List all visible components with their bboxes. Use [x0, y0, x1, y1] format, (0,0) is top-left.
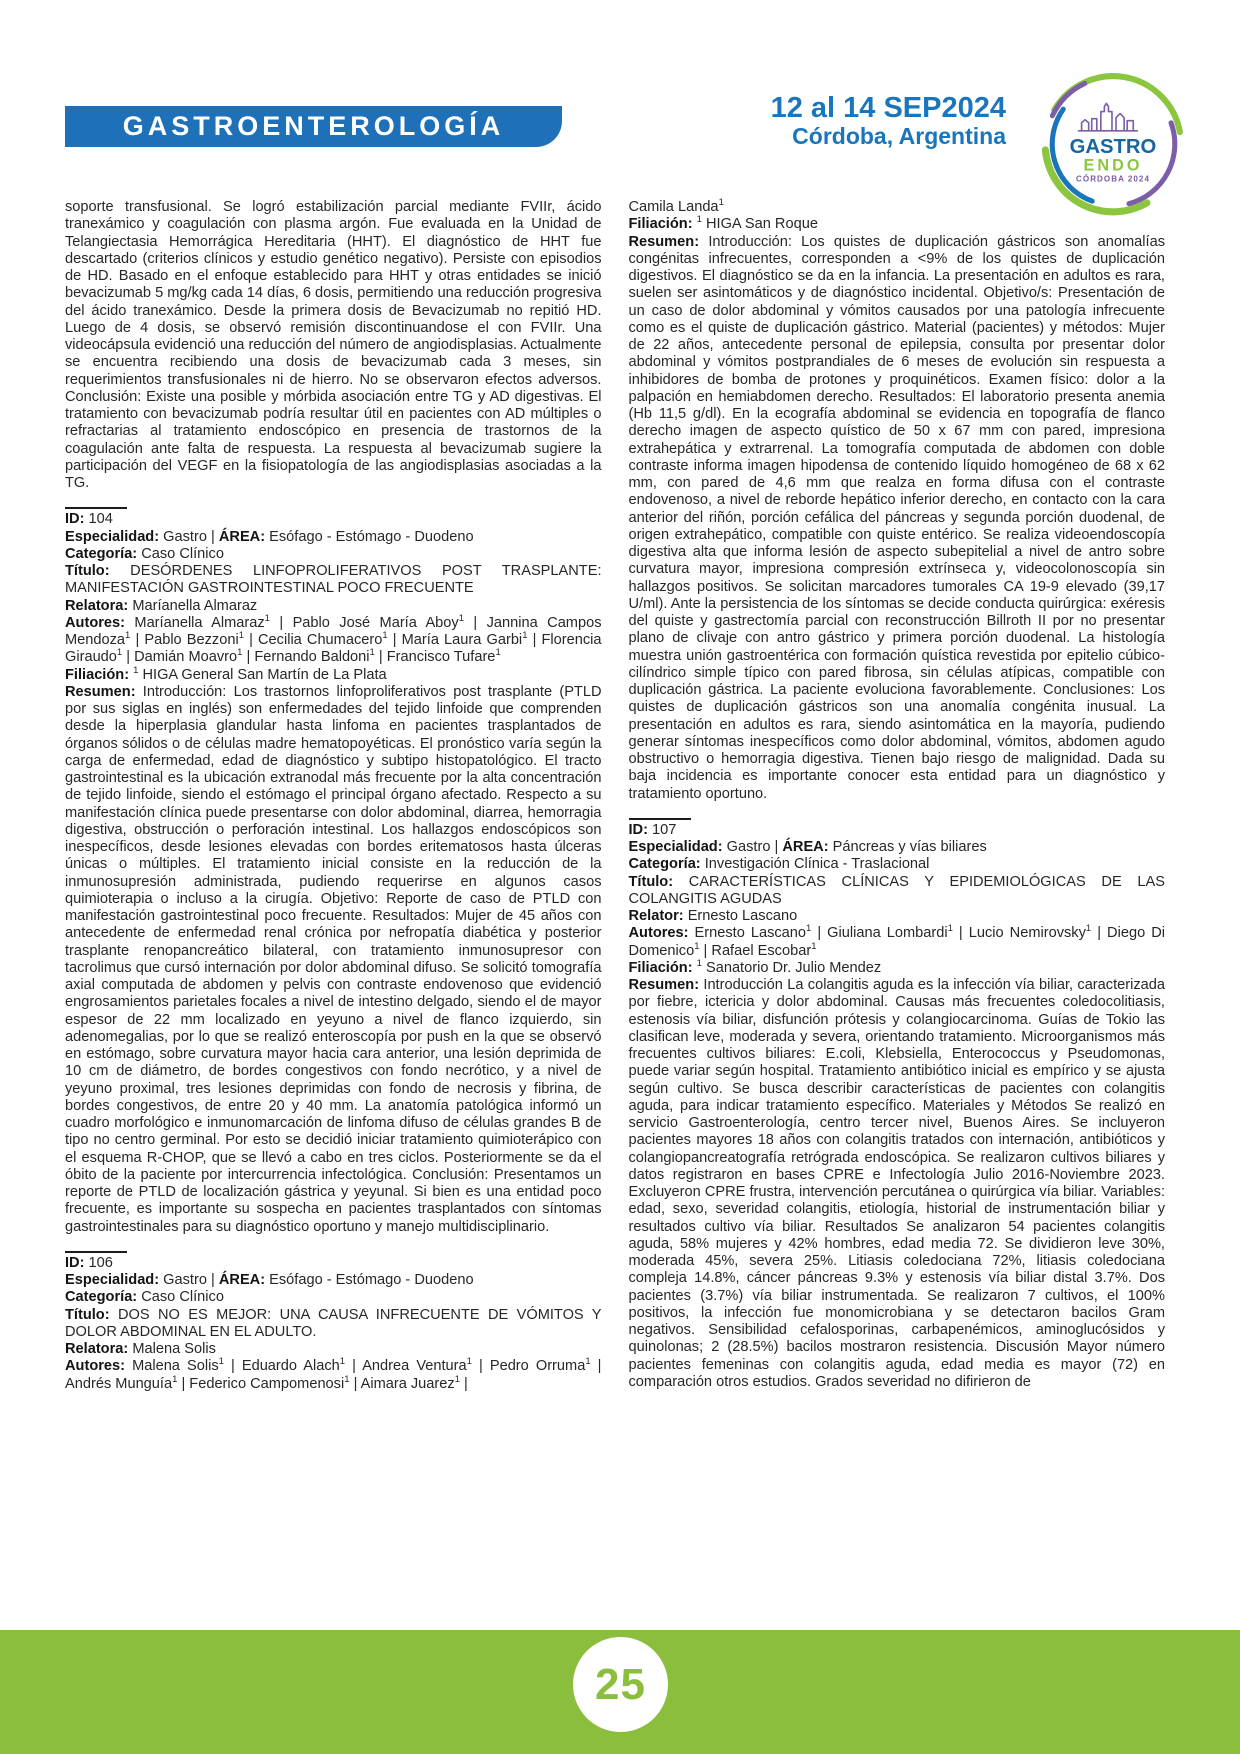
abstract-affiliation: Filiación: 1 HIGA San Roque — [629, 216, 1166, 233]
abstract-specialty-area: Especialidad: Gastro | ÁREA: Páncreas y … — [629, 839, 1166, 856]
event-location: Córdoba, Argentina — [771, 124, 1006, 150]
abstract-affiliation: Filiación: 1 HIGA General San Martín de … — [65, 667, 602, 684]
abstract-presenter: Relatora: Malena Solis — [65, 1341, 602, 1358]
abstract-category: Categoría: Investigación Clínica - Trasl… — [629, 856, 1166, 873]
abstracts-body: soporte transfusional. Se logró estabili… — [65, 199, 1165, 1393]
authors-continued: Camila Landa1 — [629, 199, 1166, 216]
abstract-divider — [65, 507, 127, 509]
abstract-authors: Autores: Malena Solis1 | Eduardo Alach1 … — [65, 1358, 602, 1393]
continued-paragraph: soporte transfusional. Se logró estabili… — [65, 199, 602, 492]
logo-wordmark-gastro: GASTRO — [1070, 136, 1157, 158]
abstract-specialty-area: Especialidad: Gastro | ÁREA: Esófago - E… — [65, 1272, 602, 1289]
abstract-summary: Resumen: Introducción La colangitis agud… — [629, 977, 1166, 1391]
abstract-id: ID: 106 — [65, 1255, 602, 1272]
abstract-category: Categoría: Caso Clínico — [65, 546, 602, 563]
section-banner-label: GASTROENTEROLOGÍA — [123, 111, 505, 142]
abstract-id: ID: 107 — [629, 822, 1166, 839]
abstract-divider — [65, 1251, 127, 1253]
abstract-specialty-area: Especialidad: Gastro | ÁREA: Esófago - E… — [65, 529, 602, 546]
abstract-104: ID: 104Especialidad: Gastro | ÁREA: Esóf… — [65, 507, 602, 1236]
abstract-category: Categoría: Caso Clínico — [65, 1289, 602, 1306]
abstract-divider — [629, 818, 691, 820]
logo-ring-green-top — [1054, 76, 1180, 132]
abstract-authors: Autores: Ernesto Lascano1 | Giuliana Lom… — [629, 925, 1166, 960]
left-column: soporte transfusional. Se logró estabili… — [65, 199, 602, 1393]
abstract-title: Título: CARACTERÍSTICAS CLÍNICAS Y EPIDE… — [629, 874, 1166, 909]
abstract-authors: Autores: Maríanella Almaraz1 | Pablo Jos… — [65, 615, 602, 667]
logo-wordmark-endo: ENDO — [1084, 156, 1143, 174]
page-number: 25 — [595, 1660, 646, 1710]
abstract-presenter: Relator: Ernesto Lascano — [629, 908, 1166, 925]
event-info: 12 al 14 SEP2024 Córdoba, Argentina — [771, 92, 1006, 150]
city-skyline-icon — [1079, 103, 1138, 130]
logo-ring-purple-upperleft — [1052, 83, 1084, 115]
abstract-summary: Resumen: Introducción: Los quistes de du… — [629, 234, 1166, 803]
congress-logo: GASTRO ENDO CÓRDOBA 2024 — [1037, 68, 1189, 220]
abstract-id: ID: 104 — [65, 511, 602, 528]
page-number-circle: 25 — [573, 1637, 668, 1732]
abstract-title: Título: DESÓRDENES LINFOPROLIFERATIVOS P… — [65, 563, 602, 598]
abstract-106: ID: 106Especialidad: Gastro | ÁREA: Esóf… — [65, 1251, 602, 1393]
abstract-affiliation: Filiación: 1 Sanatorio Dr. Julio Mendez — [629, 960, 1166, 977]
abstract-107: ID: 107Especialidad: Gastro | ÁREA: Pánc… — [629, 818, 1166, 1391]
right-column: Camila Landa1Filiación: 1 HIGA San Roque… — [629, 199, 1166, 1393]
section-banner: GASTROENTEROLOGÍA — [65, 106, 562, 147]
abstract-book-page: GASTROENTEROLOGÍA 12 al 14 SEP2024 Córdo… — [0, 0, 1240, 1754]
abstract-presenter: Relatora: Maríanella Almaraz — [65, 598, 602, 615]
abstract-title: Título: DOS NO ES MEJOR: UNA CAUSA INFRE… — [65, 1307, 602, 1342]
event-dates: 12 al 14 SEP2024 — [771, 92, 1006, 124]
abstract-summary: Resumen: Introducción: Los trastornos li… — [65, 684, 602, 1236]
logo-wordmark-cordoba: CÓRDOBA 2024 — [1076, 174, 1150, 183]
